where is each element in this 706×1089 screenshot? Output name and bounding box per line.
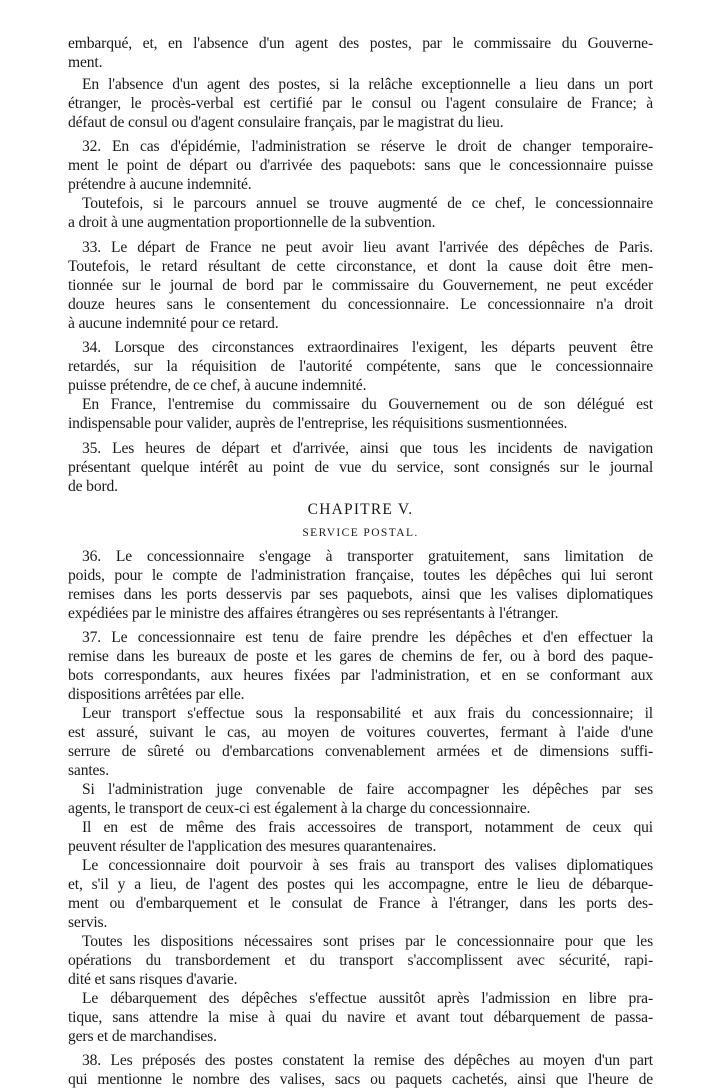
text-line: ment.: [68, 53, 653, 72]
text-line: serrure de sûreté ou d'embarcations conv…: [68, 742, 653, 761]
text-line: 36. Le concessionnaire s'engage à transp…: [82, 547, 653, 566]
text-line: opérations du transbordement et du trans…: [68, 951, 653, 970]
text-line: dispositions arrêtées par elle.: [68, 685, 653, 704]
text-line: a droit à une augmentation proportionnel…: [68, 213, 653, 232]
text-line: tionnée sur le journal de bord par le co…: [68, 276, 653, 295]
text-line: poids, pour le compte de l'administratio…: [68, 566, 653, 585]
text-line: à aucune indemnité pour ce retard.: [68, 314, 653, 333]
text-line: remise dans les bureaux de poste et les …: [68, 647, 653, 666]
text-line: agents, le transport de ceux-ci est égal…: [68, 799, 653, 818]
text-line: embarqué, et, en l'absence d'un agent de…: [68, 34, 653, 53]
chapter-heading: CHAPITRE V.: [68, 500, 653, 519]
text-line: 33. Le départ de France ne peut avoir li…: [82, 238, 653, 257]
text-line: et, s'il y a lieu, de l'agent des postes…: [68, 875, 653, 894]
text-line: 38. Les préposés des postes constatent l…: [82, 1051, 653, 1070]
text-line: peuvent résulter de l'application des me…: [68, 837, 653, 856]
text-line: retardés, sur la réquisition de l'autori…: [68, 357, 653, 376]
text-line: Le concessionnaire doit pourvoir à ses f…: [82, 856, 653, 875]
text-line: défaut de consul ou d'agent consulaire f…: [68, 113, 653, 132]
text-line: indispensable pour valider, auprès de l'…: [68, 414, 653, 433]
text-line: Toutefois, le retard résultant de cette …: [68, 257, 653, 276]
text-line: Il en est de même des frais accessoires …: [82, 818, 653, 837]
text-line: remises dans les ports desservis par ses…: [68, 585, 653, 604]
text-line: 35. Les heures de départ et d'arrivée, a…: [82, 439, 653, 458]
section-heading: SERVICE POSTAL.: [68, 525, 653, 541]
text-line: étranger, le procès-verbal est certifié …: [68, 94, 653, 113]
text-line: servis.: [68, 913, 653, 932]
text-line: gers et de marchandises.: [68, 1027, 653, 1046]
text-line: qui mentionne le nombre des valises, sac…: [68, 1070, 653, 1089]
text-line: bots correspondants, aux heures fixées p…: [68, 666, 653, 685]
text-line: En France, l'entremise du commissaire du…: [82, 395, 653, 414]
text-line: de bord.: [68, 477, 653, 496]
text-line: 32. En cas d'épidémie, l'administration …: [82, 137, 653, 156]
text-line: Toutes les dispositions nécessaires sont…: [82, 932, 653, 951]
text-line: dité et sans risques d'avarie.: [68, 970, 653, 989]
text-line: 37. Le concessionnaire est tenu de faire…: [82, 628, 653, 647]
text-line: présentant quelque intérêt au point de v…: [68, 458, 653, 477]
text-line: Leur transport s'effectue sous la respon…: [82, 704, 653, 723]
text-line: tique, sans attendre la mise à quai du n…: [68, 1008, 653, 1027]
text-line: douze heures sans le consentement du con…: [68, 295, 653, 314]
text-line: santes.: [68, 761, 653, 780]
text-line: Toutefois, si le parcours annuel se trou…: [82, 194, 653, 213]
text-line: puisse prétendre, de ce chef, à aucune i…: [68, 376, 653, 395]
text-line: En l'absence d'un agent des postes, si l…: [82, 75, 653, 94]
text-line: 34. Lorsque des circonstances extraordin…: [82, 338, 653, 357]
text-line: ment ou d'embarquement et le consulat de…: [68, 894, 653, 913]
text-line: ment le point de départ ou d'arrivée des…: [68, 156, 653, 175]
text-line: Le débarquement des dépêches s'effectue …: [82, 989, 653, 1008]
text-line: Si l'administration juge convenable de f…: [82, 780, 653, 799]
text-line: est assuré, suivant le cas, au moyen de …: [68, 723, 653, 742]
text-line: expédiées par le ministre des affaires é…: [68, 604, 653, 623]
text-line: prétendre à aucune indemnité.: [68, 175, 653, 194]
